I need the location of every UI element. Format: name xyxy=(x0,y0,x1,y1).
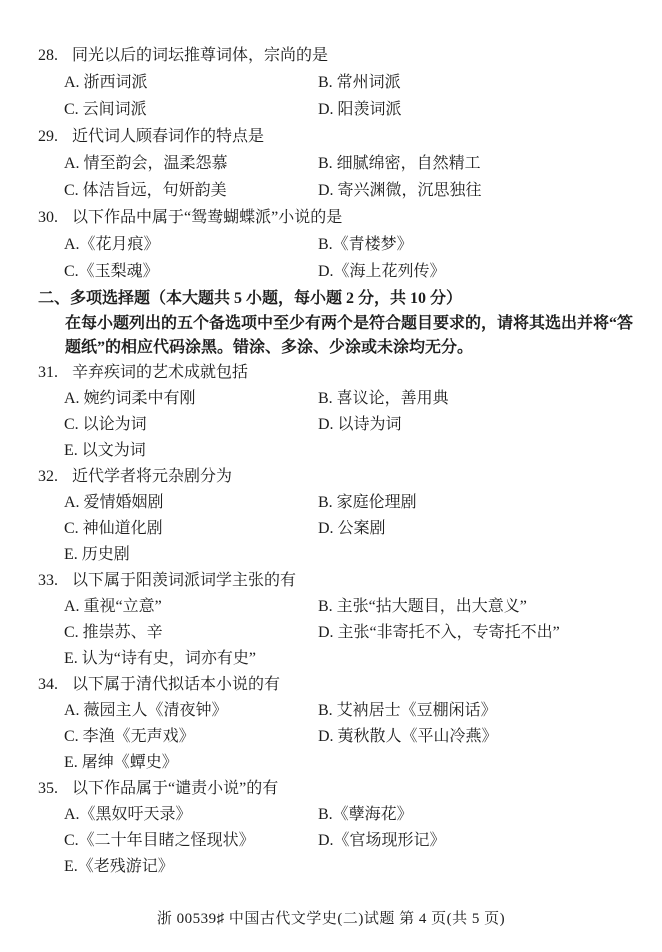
question-33-number: 33. xyxy=(38,568,72,594)
question-32-options-row-1: A. 爱情婚姻剧 B. 家庭伦理剧 xyxy=(38,490,644,516)
question-34-head: 34. 以下属于清代拟话本小说的有 xyxy=(38,672,644,698)
question-31-head: 31. 辛弃疾词的艺术成就包括 xyxy=(38,360,644,386)
question-28-option-a: A. 浙西词派 xyxy=(64,69,318,96)
question-32-number: 32. xyxy=(38,464,72,490)
question-33-options-row-1: A. 重视“立意” B. 主张“拈大题目，出大意义” xyxy=(38,594,644,620)
question-28-option-c: C. 云间词派 xyxy=(64,96,318,123)
question-35-options-row-2: C.《二十年目睹之怪现状》 D.《官场现形记》 xyxy=(38,828,644,854)
question-29-option-a: A. 情至韵会，温柔怨慕 xyxy=(64,150,318,177)
question-30-head: 30. 以下作品中属于“鸳鸯蝴蝶派”小说的是 xyxy=(38,204,644,231)
question-31-number: 31. xyxy=(38,360,72,386)
question-29-options-row-1: A. 情至韵会，温柔怨慕 B. 细腻绵密，自然精工 xyxy=(38,150,644,177)
question-28-head: 28. 同光以后的词坛推尊词体，宗尚的是 xyxy=(38,42,644,69)
question-28: 28. 同光以后的词坛推尊词体，宗尚的是 A. 浙西词派 B. 常州词派 C. … xyxy=(38,42,644,123)
question-34-option-e: E. 屠绅《蟫史》 xyxy=(64,750,318,776)
question-35-option-e: E.《老残游记》 xyxy=(64,854,318,880)
question-35-option-b: B.《孽海花》 xyxy=(318,802,413,828)
question-33-option-a: A. 重视“立意” xyxy=(64,594,318,620)
section-2-heading: 二、多项选择题（本大题共 5 小题，每小题 2 分，共 10 分） xyxy=(38,285,644,312)
question-33-options-row-2: C. 推崇苏、辛 D. 主张“非寄托不入，专寄托不出” xyxy=(38,620,644,646)
question-32: 32. 近代学者将元杂剧分为 A. 爱情婚姻剧 B. 家庭伦理剧 C. 神仙道化… xyxy=(38,464,644,568)
question-35-stem: 以下作品属于“谴责小说”的有 xyxy=(72,776,278,802)
question-34-options-row-1: A. 薇园主人《清夜钟》 B. 艾衲居士《豆棚闲话》 xyxy=(38,698,644,724)
question-34-option-b: B. 艾衲居士《豆棚闲话》 xyxy=(318,698,497,724)
question-29-option-b: B. 细腻绵密，自然精工 xyxy=(318,150,481,177)
question-34-stem: 以下属于清代拟话本小说的有 xyxy=(72,672,280,698)
question-34-number: 34. xyxy=(38,672,72,698)
question-32-option-d: D. 公案剧 xyxy=(318,516,386,542)
question-32-options-row-3: E. 历史剧 xyxy=(38,542,644,568)
question-31-option-c: C. 以论为词 xyxy=(64,412,318,438)
question-29-option-c: C. 体洁旨远，句妍韵美 xyxy=(64,177,318,204)
question-30-option-d: D.《海上花列传》 xyxy=(318,258,446,285)
question-28-options-row-1: A. 浙西词派 B. 常州词派 xyxy=(38,69,644,96)
question-32-option-a: A. 爱情婚姻剧 xyxy=(64,490,318,516)
section-2-instruction-line-1: 在每小题列出的五个备选项中至少有两个是符合题目要求的，请将其选出并将“答 xyxy=(38,312,644,336)
question-34-options-row-2: C. 李渔《无声戏》 D. 荑秋散人《平山冷燕》 xyxy=(38,724,644,750)
question-28-option-d: D. 阳羡词派 xyxy=(318,96,402,123)
question-31-options-row-2: C. 以论为词 D. 以诗为词 xyxy=(38,412,644,438)
section-2-instruction-line-2: 题纸”的相应代码涂黑。错涂、多涂、少涂或未涂均无分。 xyxy=(38,336,644,360)
multiple-choice-block: 31. 辛弃疾词的艺术成就包括 A. 婉约词柔中有刚 B. 喜议论，善用典 C.… xyxy=(38,360,644,880)
question-32-head: 32. 近代学者将元杂剧分为 xyxy=(38,464,644,490)
question-34-options-row-3: E. 屠绅《蟫史》 xyxy=(38,750,644,776)
question-34-option-c: C. 李渔《无声戏》 xyxy=(64,724,318,750)
question-35-option-c: C.《二十年目睹之怪现状》 xyxy=(64,828,318,854)
question-33-stem: 以下属于阳羡词派词学主张的有 xyxy=(72,568,296,594)
question-31: 31. 辛弃疾词的艺术成就包括 A. 婉约词柔中有刚 B. 喜议论，善用典 C.… xyxy=(38,360,644,464)
question-30-option-b: B.《青楼梦》 xyxy=(318,231,413,258)
question-32-options-row-2: C. 神仙道化剧 D. 公案剧 xyxy=(38,516,644,542)
question-35-option-a: A.《黑奴吁天录》 xyxy=(64,802,318,828)
question-30-option-c: C.《玉梨魂》 xyxy=(64,258,318,285)
question-29-head: 29. 近代词人顾春词作的特点是 xyxy=(38,123,644,150)
question-31-option-a: A. 婉约词柔中有刚 xyxy=(64,386,318,412)
page-footer: 浙 00539♯ 中国古代文学史(二)试题 第 4 页(共 5 页) xyxy=(0,907,662,928)
question-31-option-d: D. 以诗为词 xyxy=(318,412,402,438)
question-35-option-d: D.《官场现形记》 xyxy=(318,828,446,854)
question-35-options-row-1: A.《黑奴吁天录》 B.《孽海花》 xyxy=(38,802,644,828)
question-33-option-d: D. 主张“非寄托不入，专寄托不出” xyxy=(318,620,560,646)
question-32-stem: 近代学者将元杂剧分为 xyxy=(72,464,232,490)
question-29-option-d: D. 寄兴渊微，沉思独往 xyxy=(318,177,482,204)
question-32-option-c: C. 神仙道化剧 xyxy=(64,516,318,542)
question-31-option-e: E. 以文为词 xyxy=(64,438,318,464)
question-30-options-row-1: A.《花月痕》 B.《青楼梦》 xyxy=(38,231,644,258)
question-35-head: 35. 以下作品属于“谴责小说”的有 xyxy=(38,776,644,802)
question-33-options-row-3: E. 认为“诗有史，词亦有史” xyxy=(38,646,644,672)
question-35-options-row-3: E.《老残游记》 xyxy=(38,854,644,880)
question-30-options-row-2: C.《玉梨魂》 D.《海上花列传》 xyxy=(38,258,644,285)
question-31-options-row-1: A. 婉约词柔中有刚 B. 喜议论，善用典 xyxy=(38,386,644,412)
question-33-option-e: E. 认为“诗有史，词亦有史” xyxy=(64,646,318,672)
question-29: 29. 近代词人顾春词作的特点是 A. 情至韵会，温柔怨慕 B. 细腻绵密，自然… xyxy=(38,123,644,204)
question-33-option-c: C. 推崇苏、辛 xyxy=(64,620,318,646)
question-28-options-row-2: C. 云间词派 D. 阳羡词派 xyxy=(38,96,644,123)
question-35-number: 35. xyxy=(38,776,72,802)
question-30-stem: 以下作品中属于“鸳鸯蝴蝶派”小说的是 xyxy=(72,204,342,231)
question-33: 33. 以下属于阳羡词派词学主张的有 A. 重视“立意” B. 主张“拈大题目，… xyxy=(38,568,644,672)
exam-page: 28. 同光以后的词坛推尊词体，宗尚的是 A. 浙西词派 B. 常州词派 C. … xyxy=(0,0,662,952)
question-29-number: 29. xyxy=(38,123,72,150)
question-29-stem: 近代词人顾春词作的特点是 xyxy=(72,123,264,150)
question-33-head: 33. 以下属于阳羡词派词学主张的有 xyxy=(38,568,644,594)
question-34-option-a: A. 薇园主人《清夜钟》 xyxy=(64,698,318,724)
question-32-option-e: E. 历史剧 xyxy=(64,542,318,568)
question-34-option-d: D. 荑秋散人《平山冷燕》 xyxy=(318,724,498,750)
question-30: 30. 以下作品中属于“鸳鸯蝴蝶派”小说的是 A.《花月痕》 B.《青楼梦》 C… xyxy=(38,204,644,285)
question-28-option-b: B. 常州词派 xyxy=(318,69,401,96)
question-31-stem: 辛弃疾词的艺术成就包括 xyxy=(72,360,248,386)
question-30-number: 30. xyxy=(38,204,72,231)
exam-content: 28. 同光以后的词坛推尊词体，宗尚的是 A. 浙西词派 B. 常州词派 C. … xyxy=(38,42,644,880)
question-28-number: 28. xyxy=(38,42,72,69)
question-28-stem: 同光以后的词坛推尊词体，宗尚的是 xyxy=(72,42,328,69)
question-31-option-b: B. 喜议论，善用典 xyxy=(318,386,449,412)
question-29-options-row-2: C. 体洁旨远，句妍韵美 D. 寄兴渊微，沉思独往 xyxy=(38,177,644,204)
question-31-options-row-3: E. 以文为词 xyxy=(38,438,644,464)
question-35: 35. 以下作品属于“谴责小说”的有 A.《黑奴吁天录》 B.《孽海花》 C.《… xyxy=(38,776,644,880)
question-30-option-a: A.《花月痕》 xyxy=(64,231,318,258)
question-32-option-b: B. 家庭伦理剧 xyxy=(318,490,417,516)
question-33-option-b: B. 主张“拈大题目，出大意义” xyxy=(318,594,527,620)
question-34: 34. 以下属于清代拟话本小说的有 A. 薇园主人《清夜钟》 B. 艾衲居士《豆… xyxy=(38,672,644,776)
